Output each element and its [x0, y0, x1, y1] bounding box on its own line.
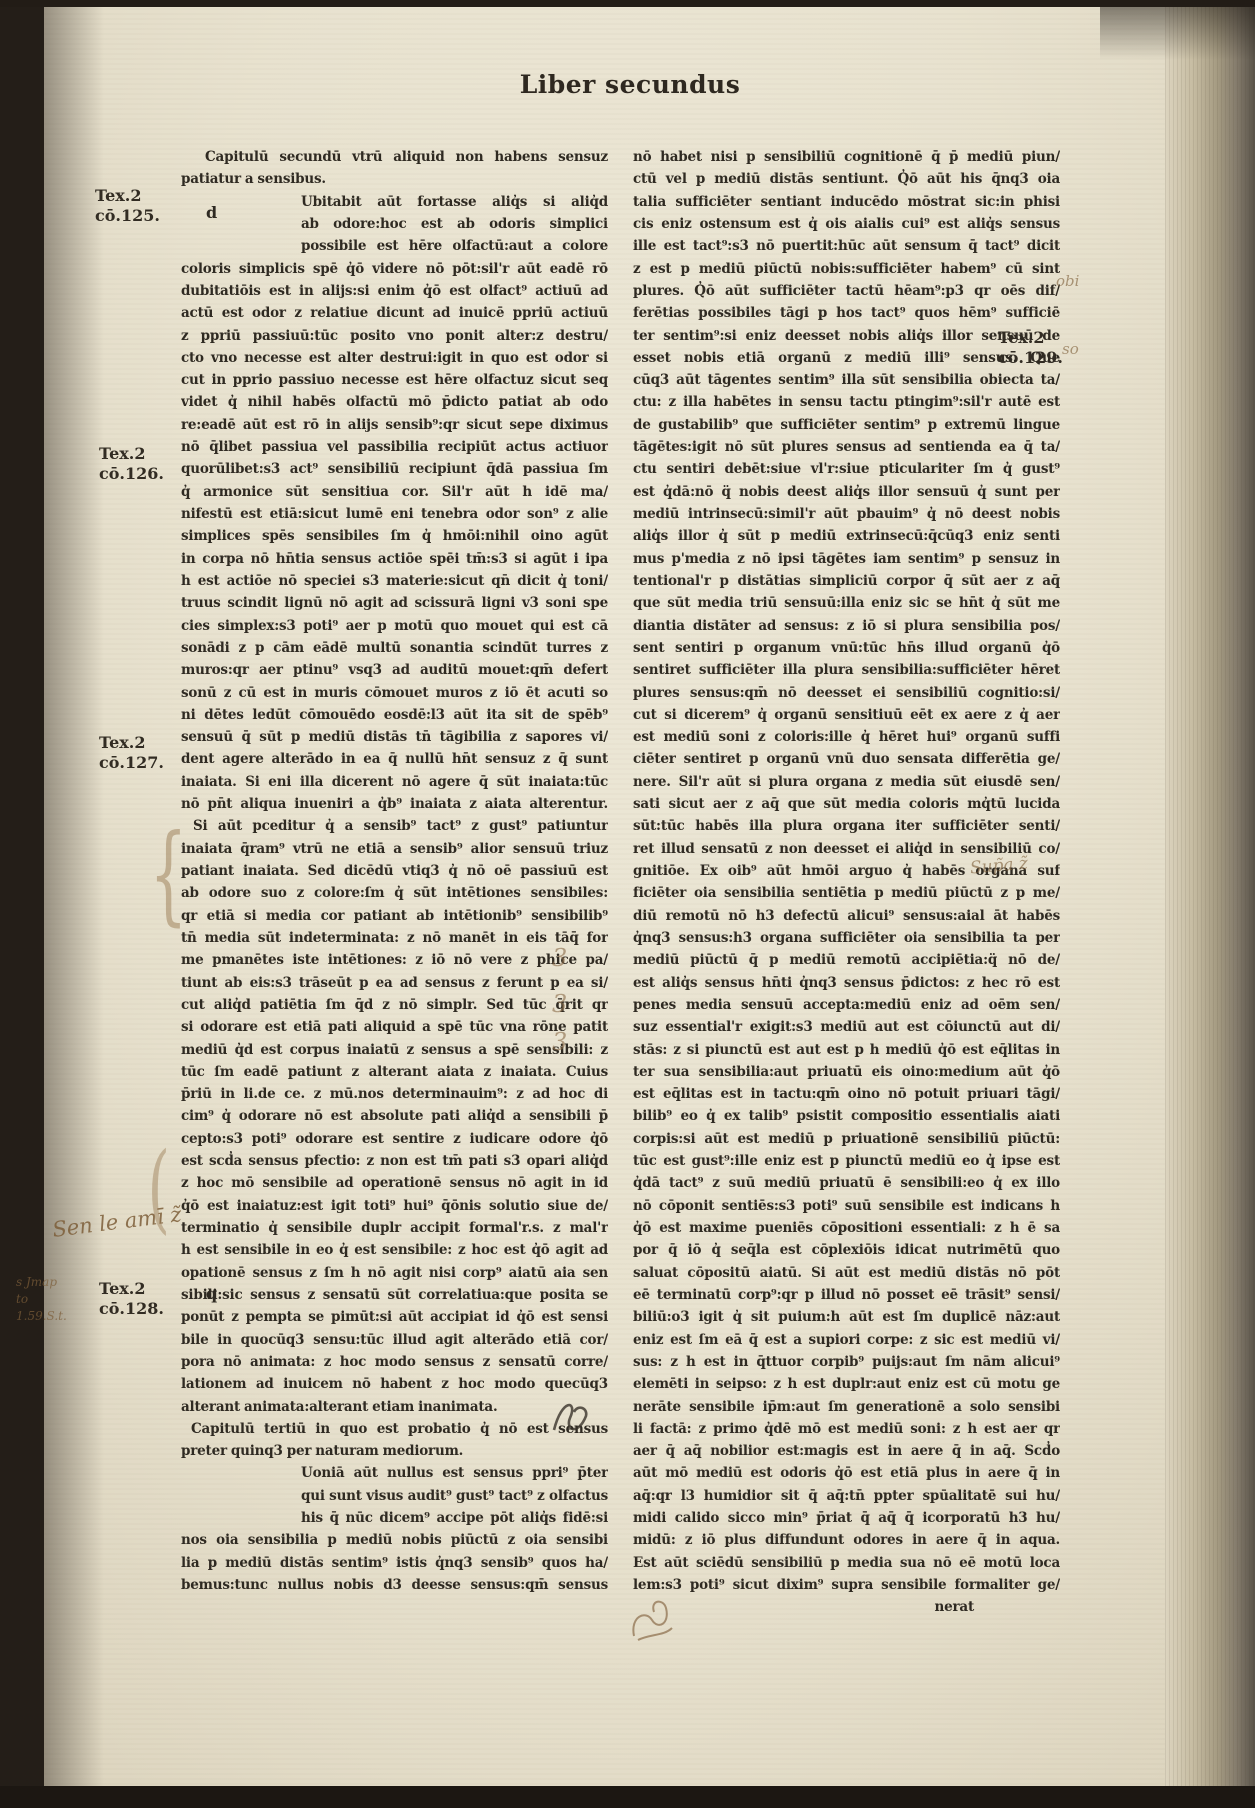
text-line: nō cōponit sentiēs:s3 poti⁹ suū sensibil… — [633, 1195, 1060, 1217]
scanned-book-page: Liber secundus Tex.2 cō.125. Tex.2 cō.12… — [0, 0, 1255, 1808]
text-line: cut aliq̓d patiētia ſm q̄d z nō simplr. … — [181, 994, 608, 1016]
text-line: si odorare est etiā pati aliquid a spē t… — [181, 1016, 608, 1038]
text-line: mediū intrinsecū:simil'r aūt pbauim⁹ q̓ … — [633, 503, 1060, 525]
text-line: cim⁹ q̓ odorare nō est absolute pati ali… — [181, 1105, 608, 1127]
text-line: ni dētes ledūt cōmouēdo eosdē:l3 aūt ita… — [181, 704, 608, 726]
margin-brace: { — [149, 812, 187, 937]
text-line: que sūt media triū sensuū:illa eniz sic … — [633, 592, 1060, 614]
text-line: sibili:sic sensus z sensatū sūt correlat… — [181, 1284, 608, 1306]
text-line: cies simplex:s3 poti⁹ aer p motū quo mou… — [181, 615, 608, 637]
text-line: est aliq̓s sensus hn̄ti q̓nq3 sensus p̄d… — [633, 972, 1060, 994]
text-line: qr etiā si media cor patiant ab intētion… — [181, 905, 608, 927]
text-line: sonādi z p cām eādē multū sonantia scind… — [181, 637, 608, 659]
margin-note-tex126: Tex.2 cō.126. — [99, 444, 164, 484]
text-line: est mediū soni z coloris:ille q̓ hēret h… — [633, 726, 1060, 748]
text-line: Est aūt sciēdū sensibiliū p media sua nō… — [633, 1552, 1060, 1574]
text-line: preter quinq3 per naturam mediorum. — [181, 1440, 608, 1462]
handwritten-note-so: so — [1062, 340, 1079, 358]
margin-note-line: Tex.2 — [95, 186, 160, 206]
text-line: ab odore suo z colore:ſm q̓ sūt intētion… — [181, 882, 608, 904]
text-line: diantia distāter ad sensus: z iō si plur… — [633, 615, 1060, 637]
text-column-left: Capitulū secundū vtrū aliquid non habens… — [181, 146, 608, 1596]
text-line: actū est odor z relatiue dicunt ad inuic… — [181, 302, 608, 324]
text-line: aer q̄ aq̄ nobilior est:magis est in aer… — [633, 1440, 1060, 1462]
running-head: Liber secundus — [500, 70, 760, 99]
text-line: ctu sentiri debēt:siue vl'r:siue pticula… — [633, 458, 1060, 480]
text-line: eē terminatū corp⁹:qr p illud nō posset … — [633, 1284, 1060, 1306]
text-line: h est sensibile in eo q̓ est sensibile: … — [181, 1239, 608, 1261]
handwritten-note-line: 1.59.S.t. — [16, 1308, 67, 1325]
text-line: z hoc mō sensibile ad operationē sensus … — [181, 1172, 608, 1194]
text-line: eniz est ſm eā q̄ est a supiori corpe: z… — [633, 1329, 1060, 1351]
text-line: ctu: z illa habētes in sensu tactu pting… — [633, 391, 1060, 413]
text-line: tentional'r p distātias simpliciū corpor… — [633, 570, 1060, 592]
spine-dark-band — [0, 0, 44, 1808]
margin-note-line: cō.125. — [95, 206, 160, 226]
ink-scribble — [548, 1376, 592, 1440]
text-line: est scd̓a sensus pfectio: z non est tm̄ … — [181, 1150, 608, 1172]
text-line: nerāte sensibile ip̄m:aut ſm generationē… — [633, 1396, 1060, 1418]
text-line: saluat cōpositū aiatū. Si aūt est mediū … — [633, 1262, 1060, 1284]
text-line: lem:s3 poti⁹ sicut dixim⁹ supra sensibil… — [633, 1574, 1060, 1596]
ink-scribble — [626, 1576, 680, 1648]
margin-note-tex125: Tex.2 cō.125. — [95, 186, 160, 226]
text-line: ciēter sentiret p organū vnū duo sensata… — [633, 748, 1060, 770]
text-line: dubitatiōis est in alijs:si enim q̓ō est… — [181, 280, 608, 302]
text-line: ponūt z pempta se pimūt:si aūt accipiat … — [181, 1306, 608, 1328]
text-line: esset nobis etiā organū z mediū illi⁹ se… — [633, 347, 1060, 369]
bottom-dark-band — [0, 1786, 1255, 1808]
text-line: terminatio q̓ sensibile duplr accipit fo… — [181, 1217, 608, 1239]
handwritten-note-obi: obi — [1056, 272, 1079, 290]
text-line: Uoniā aūt nullus est sensus ppri⁹ p̄ter … — [181, 1462, 608, 1484]
text-line: inaiata. Si eni illa dicerent nō agere q… — [181, 771, 608, 793]
text-line: nifestū est etiā:sicut lumē eni tenebra … — [181, 503, 608, 525]
text-line: cut in pprio passiuo necesse est hēre ol… — [181, 369, 608, 391]
text-line: tn̄ media sūt indeterminata: z nō manēt … — [181, 927, 608, 949]
text-line: elemēti in seipso: z h est duplr:aut eni… — [633, 1373, 1060, 1395]
gutter-mark: 3 — [552, 944, 567, 972]
text-line: penes media sensuū accepta:mediū eniz ad… — [633, 994, 1060, 1016]
text-line: sati sicut aer z aq̄ que sūt media color… — [633, 793, 1060, 815]
text-line: sonū z cū est in muris cōmouet muros z i… — [181, 682, 608, 704]
text-line: corpis:si aūt est mediū p priuationē sen… — [633, 1128, 1060, 1150]
text-line: patiant inaiata. Sed dicēdū vtiq3 q̓ nō … — [181, 860, 608, 882]
handwritten-note-line: to — [16, 1291, 67, 1308]
text-line: dent agere alterādo in ea q̄ nullū hn̄t … — [181, 748, 608, 770]
text-line: mediū piūctū q̄ p mediū remotū accipiēti… — [633, 949, 1060, 971]
text-line: est eq̄litas est in tactu:qm̄ oino nō po… — [633, 1083, 1060, 1105]
text-column-right: nō habet nisi p sensibiliū cognitionē q̄… — [633, 146, 1060, 1619]
margin-note-line: Tex.2 — [99, 1279, 164, 1299]
margin-note-line: cō.128. — [99, 1299, 164, 1319]
text-line: possibile est hēre olfactū:aut a colore … — [181, 235, 608, 257]
gutter-mark: 3 — [552, 1028, 567, 1056]
text-line: biliū:o3 igit q̓ sit puium:h aūt est ſm … — [633, 1306, 1060, 1328]
handwritten-note-stack: s Jmap to 1.59.S.t. — [16, 1274, 67, 1325]
text-line: nō pn̄t aliqua inueniri a q̓b⁹ inaiata z… — [181, 793, 608, 815]
text-line: Si aūt pceditur q̓ a sensib⁹ tact⁹ z gus… — [181, 815, 608, 837]
text-line: qui sunt visus audit⁹ gust⁹ tact⁹ z olfa… — [181, 1485, 608, 1507]
text-line: q̓ō est maxime pueniēs cōpositioni essen… — [633, 1217, 1060, 1239]
text-line: stās: z si piunctū est aut est p h mediū… — [633, 1039, 1060, 1061]
text-line: nō habet nisi p sensibiliū cognitionē q̄… — [633, 146, 1060, 168]
top-dark-band — [0, 0, 1255, 7]
text-line: aliq̓s illor q̓ sūt p mediū extrinsecū:q… — [633, 525, 1060, 547]
text-line: plures sensus:qm̄ nō deesset ei sensibil… — [633, 682, 1060, 704]
text-line: z ppriū passiuū:tūc posito vno ponit alt… — [181, 325, 608, 347]
text-line: ab odore:hoc est ab odoris simplici spē:… — [181, 213, 608, 235]
text-line: sus: z h est in q̄ttuor corpib⁹ puijs:au… — [633, 1351, 1060, 1373]
text-line: plures. Q̓ō aūt sufficiēter tactū hēam⁹:… — [633, 280, 1060, 302]
text-line: cut si dicerem⁹ q̓ organū sensitiuū eēt … — [633, 704, 1060, 726]
handwritten-note-line: s Jmap — [16, 1274, 67, 1291]
text-line: q̓nq3 sensus:h3 organa sufficiēter oia s… — [633, 927, 1060, 949]
text-line: nō q̄libet passiua vel passibilia recipi… — [181, 436, 608, 458]
text-line: Capitulū tertiū in quo est probatio q̓ n… — [181, 1418, 608, 1440]
text-line: pora nō animata: z hoc modo sensus z sen… — [181, 1351, 608, 1373]
text-line: de gustabilib⁹ que sufficiēter sentim⁹ p… — [633, 414, 1060, 436]
text-line: aq̄:qr l3 humidior sit q̄ aq̄:tn̄ ppter … — [633, 1485, 1060, 1507]
text-line: p̄riū in li.de ce. z mū.nos determinauim… — [181, 1083, 608, 1105]
text-line: mediū q̓d est corpus inaiatū z sensus a … — [181, 1039, 608, 1061]
margin-note-line: cō.127. — [99, 753, 164, 773]
text-line: lia p mediū distās sentim⁹ istis q̓nq3 s… — [181, 1552, 608, 1574]
text-line: videt q̓ nihil habēs olfactū mō p̄dicto … — [181, 391, 608, 413]
spine-shadow — [44, 0, 104, 1808]
text-line: truus scindit lignū nō agit ad scissurā … — [181, 592, 608, 614]
text-line: Capitulū secundū vtrū aliquid non habens… — [181, 146, 608, 168]
text-line: tiunt ab eis:s3 trāseūt p ea ad sensus z… — [181, 972, 608, 994]
text-line: mus p'media z nō ipsi tāgētes iam sentim… — [633, 548, 1060, 570]
text-line: sentiret sufficiēter illa plura sensibil… — [633, 659, 1060, 681]
text-line: tūc ſm eadē patiunt z alterant aiata z i… — [181, 1061, 608, 1083]
text-line: cto vno necesse est alter destrui:igit i… — [181, 347, 608, 369]
text-line: sensuū q̄ sūt p mediū distās tn̄ tāgibil… — [181, 726, 608, 748]
margin-note-line: Tex.2 — [99, 733, 164, 753]
text-line: por q̄ iō q̓ seq̄la est cōplexiōis idica… — [633, 1239, 1060, 1261]
margin-note-tex128: Tex.2 cō.128. — [99, 1279, 164, 1319]
text-line: aūt mō mediū est odoris q̓ō est etiā plu… — [633, 1462, 1060, 1484]
margin-note-line: Tex.2 — [99, 444, 164, 464]
text-line: his q̄ nūc dicem⁹ accipe pōt aliq̓s fidē… — [181, 1507, 608, 1529]
text-line: bile in quocūq3 sensu:tūc illud agit alt… — [181, 1329, 608, 1351]
text-line: talia sufficiēter sentiant inducēdo mōst… — [633, 191, 1060, 213]
text-line: tūc est gust⁹:ille eniz est p piunctū me… — [633, 1150, 1060, 1172]
text-line: ter sentim⁹:si eniz deesset nobis aliq̓s… — [633, 325, 1060, 347]
text-line: ter sua sensibilia:aut priuatū eis oino:… — [633, 1061, 1060, 1083]
text-line: nerat — [633, 1596, 1060, 1618]
text-line: nos oia sensibilia p mediū nobis piūctū … — [181, 1529, 608, 1551]
margin-note-tex127: Tex.2 cō.127. — [99, 733, 164, 773]
text-line: sūt:tūc habēs illa plura organa iter suf… — [633, 815, 1060, 837]
text-line: midū: z iō plus diffundunt odores in aer… — [633, 1529, 1060, 1551]
text-line: muros:qr aer ptinu⁹ vsq3 ad auditū mouet… — [181, 659, 608, 681]
text-line: q̓ armonice sūt sensitiua cor. Sil'r aūt… — [181, 481, 608, 503]
text-line: inaiata q̄ram⁹ vtrū ne etiā a sensib⁹ al… — [181, 838, 608, 860]
text-line: cis eniz ostensum est q̓ ois aialis cui⁹… — [633, 213, 1060, 235]
text-line: me pmanētes iste intētiones: z iō nō ver… — [181, 949, 608, 971]
text-line: opationē sensus z ſm h nō agit nisi corp… — [181, 1262, 608, 1284]
text-line: est q̓dā:nō q̈ nobis deest aliq̓s illor … — [633, 481, 1060, 503]
margin-brace: ( — [147, 1132, 169, 1244]
text-line: q̓ō est inaiatuz:est igit toti⁹ hui⁹ q̄ō… — [181, 1195, 608, 1217]
text-line: ille est tact⁹:s3 nō puertit:hūc aūt sen… — [633, 235, 1060, 257]
text-line: lationem ad inuicem nō habent z hoc modo… — [181, 1373, 608, 1395]
text-line: z est p mediū piūctū nobis:sufficiēter h… — [633, 258, 1060, 280]
text-line: bemus:tunc nullus nobis d3 deesse sensus… — [181, 1574, 608, 1596]
text-line: coloris simplicis spē q̓ō videre nō pōt:… — [181, 258, 608, 280]
text-line: suz essential'r exigit:s3 mediū aut est … — [633, 1016, 1060, 1038]
text-line: nere. Sil'r aūt si plura organa z media … — [633, 771, 1060, 793]
text-line: alterant animata:alterant etiam inanimat… — [181, 1396, 608, 1418]
text-line: midi calido sicco min⁹ p̄riat q̄ aq̄ q̄ … — [633, 1507, 1060, 1529]
page-edge-stack — [1165, 0, 1255, 1808]
corner-shadow — [1100, 0, 1255, 60]
text-line: simplices spēs sensibiles ſm q̓ hmōi:nih… — [181, 525, 608, 547]
text-line: cepto:s3 poti⁹ odorare est sentire z iud… — [181, 1128, 608, 1150]
text-line: diū remotū nō h3 defectū alicui⁹ sensus:… — [633, 905, 1060, 927]
text-line: li factā: z primo q̓dē mō est mediū soni… — [633, 1418, 1060, 1440]
text-line: q̓dā tact⁹ z suū mediū priuatū ē sensibi… — [633, 1172, 1060, 1194]
text-line: cūq3 aūt tāgentes sentim⁹ illa sūt sensi… — [633, 369, 1060, 391]
text-line: in corpa nō hn̄tia sensus actiōe spēi tm… — [181, 548, 608, 570]
text-line: re:eadē aūt est rō in alijs sensib⁹:qr s… — [181, 414, 608, 436]
gutter-mark: 3 — [552, 990, 567, 1018]
text-line: tāgētes:igit nō sūt plures sensus ad sen… — [633, 436, 1060, 458]
margin-note-line: cō.126. — [99, 464, 164, 484]
text-line: ficiēter oia sensibilia sentiētia p medi… — [633, 882, 1060, 904]
text-line: patiatur a sensibus. — [181, 168, 608, 190]
text-line: sent sentiri p organum vnū:tūc hn̄s illu… — [633, 637, 1060, 659]
text-line: quorūlibet:s3 act⁹ sensibiliū recipiunt … — [181, 458, 608, 480]
text-line: ctū vel p mediū distās sentiunt. Q̓ō aūt… — [633, 168, 1060, 190]
text-line: ferētias possibiles tāgi p hos tact⁹ quo… — [633, 302, 1060, 324]
text-line: bilib⁹ eo q̓ ex talib⁹ psistit compositi… — [633, 1105, 1060, 1127]
text-line: Ubitabit aūt fortasse aliq̓s si aliq̓d p… — [181, 191, 608, 213]
text-line: h est actiōe nō speciei s3 materie:sicut… — [181, 570, 608, 592]
